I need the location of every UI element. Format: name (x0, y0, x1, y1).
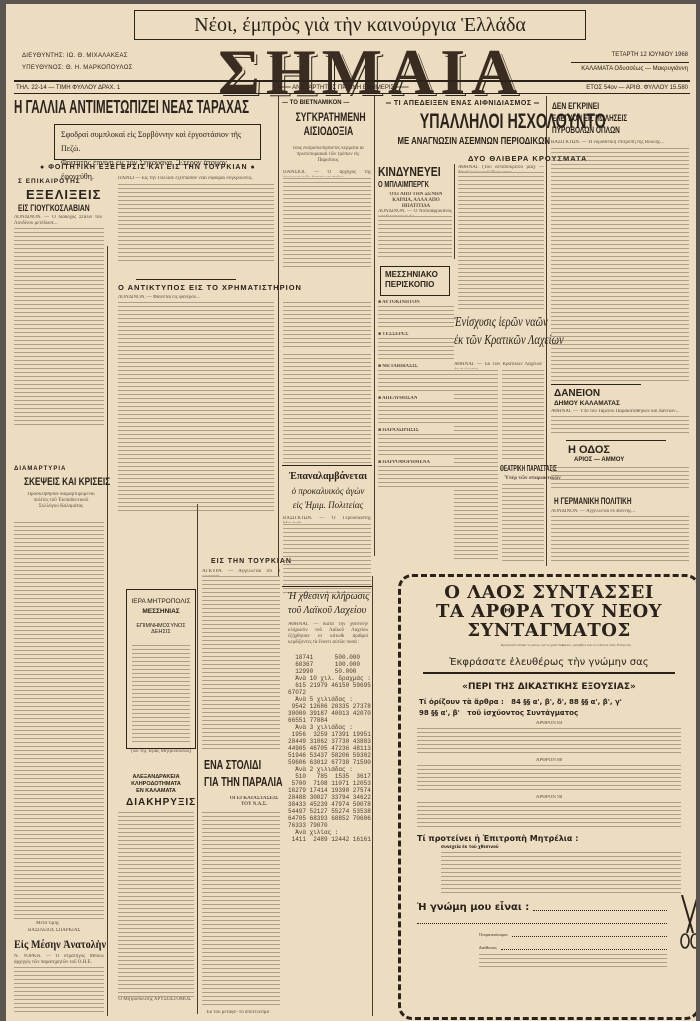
name-field[interactable]: Ὀνοματεπώνυμον (479, 932, 667, 937)
blaiberg-headline: ΚΙΝΔΥΝΕΥΕΙ (378, 164, 456, 179)
constitution-article-heading: ΑΡΘΡΟΝ 88 (401, 758, 696, 764)
periscope-items: ■ ΑΥΤΟΚΙΝΗΤΟΝ■ ΤΕΣΣΕΡΕΣ■ ΜΕΤΑΒΙΒΑΣΙΣ■ ΑΠ… (378, 300, 454, 492)
opinion-field-line[interactable] (417, 923, 667, 924)
coupon-topic: «ΠΕΡΙ ΤΗΣ ΔΙΚΑΣΤΙΚΗΣ ΕΞΟΥΣΙΑΣ» (401, 682, 696, 692)
periscope-item: ■ ΠΑΡΡΟΦΟΡΗΜΕΝΑ (378, 460, 454, 488)
loan-subhead: ΔΗΜΟΥ ΚΑΛΑΜΑΤΑΣ (554, 400, 620, 407)
vietnam-kicker: — ΤΟ ΒΙΕΤΝΑΜΙΚΟΝ — (282, 100, 349, 106)
periscope-item: ■ ΑΠΕΛΥΘΗΣΑΝ (378, 396, 454, 424)
turkey-headline: ΕΙΣ ΤΗΝ ΤΟΥΡΚΙΑΝ (211, 558, 292, 565)
newspaper-title: ΣΗΜΑΙΑ (218, 40, 488, 104)
periscope-item: ■ ΜΕΤΑΒΙΒΑΣΙΣ (378, 364, 454, 392)
churches-headline: Ἐνίσχυσις ἱερῶν ναῶν ἐκ τῶν Κρατικῶν Λαχ… (454, 314, 546, 350)
masthead-rule (14, 80, 690, 82)
reflections-signature: ΒΑΣΙΛΕΙΟΣ ΣΠΑΡΚΙΑΣ (28, 928, 80, 934)
constitution-article-heading: ΑΡΘΡΟΝ 84 (401, 721, 696, 727)
yugoslavia-headline: ΕΞΕΛΙΞΕΙΣ (26, 187, 101, 202)
opinion-field[interactable]: Ἡ γνώμη μου εἶναι : (417, 902, 667, 913)
lottery-headline: Ἡ χθεσινὴ κλήρωσις τοῦ Λαϊκοῦ Λαχείου (288, 590, 372, 618)
stock-headline: Ο ΑΝΤΙΚΤΥΠΟΣ ΕΙΣ ΤΟ ΧΡΗΜΑΤΙΣΤΗΡΙΟΝ (118, 283, 302, 292)
contest-headline: Ἐπαναλαμβάνεται ὁ προκαλυικὸς ἀγὼν εἰς Ἡ… (282, 470, 374, 512)
periscope-item: ■ ΤΕΣΣΕΡΕΣ (378, 332, 454, 360)
road-subhead: ΑΡΙΟΣ — ΑΜΜΟΥ (574, 457, 624, 463)
scissors-icon (679, 895, 696, 951)
alexandrakeia-headline: ΔΙΑΚΗΡΥΞΙΣ (126, 797, 196, 808)
periscope-box: ΜΕΣΣΗΝΙΑΚΟ ΠΕΡΙΣΚΟΠΙΟ (380, 266, 450, 296)
metropolis-notice: ΙΕΡΑ ΜΗΤΡΟΠΟΛΙΣ ΜΕΣΣΗΝΙΑΣ ΕΠΙΜΝΗΜΟΣΥΝΟΣ … (126, 589, 196, 749)
constitution-coupon: Ο ΛΑΟΣ ΣΥΝΤΑΣΣΕΙ ΤΑ ΑΡΘΡΑ ΤΟΥ ΝΕΟΥ ΣΥΝΤΑ… (398, 574, 696, 1020)
reflections-kicker: ΔΙΑΜΑΡΤΥΡΙΑ (14, 466, 66, 472)
employees-headline: ΥΠΑΛΛΗΛΟΙ ΗΣΧΟΛΟΥΝΤΟ (376, 110, 546, 134)
phone-price: ΤΗΛ. 22-14 — ΤΙΜΗ ΦΥΛΛΟΥ ΔΡΑΧ. 1 (16, 85, 120, 91)
tagline: ═══ ΑΝΕΞΑΡΤΗΤΟΣ ΠΡΩΙΝΗ ΕΦΗΜΕΡΙΣ ═══ (278, 85, 409, 91)
france-deck-box: Σφοδραὶ συμπλοκαὶ εἰς Σορβόννην καὶ ἐργο… (54, 124, 261, 160)
director-line: ΔΙΕΥΘΥΝΤΗΣ: ΙΩ. Θ. ΜΙΧΑΛΑΚΕΑΣ (22, 53, 128, 59)
yugoslavia-kicker: Σ ΕΠΙΚΑΙΡΟΤΗΣ (18, 178, 81, 185)
vietnam-headline: ΣΥΓΚΡΑΤΗΜΕΝΗ ΑΙΣΙΟΔΟΞΙΑ (282, 110, 374, 138)
committee-heading: Τί προτείνει ἡ Ἐπιτροπὴ Μητρέλια : (417, 834, 696, 843)
yugoslavia-subhead: ΕΙΣ ΓΙΟΥΓΚΟΣΛΑΒΙΑΝ (18, 203, 113, 213)
loan-headline: ΔΑΝΕΙΟΝ (554, 388, 600, 399)
constitution-articles: ΑΡΘΡΟΝ 84ΑΡΘΡΟΝ 88ΑΡΘΡΟΝ 98 (401, 721, 696, 828)
alexandrakeia-kicker: ΑΛΕΞΑΝΔΡΑΚΕΙΑ ΚΛΗΡΟΔΟΤΗΜΑΤΑ ΕΝ ΚΑΛΑΜΑΤΑ (116, 774, 196, 795)
lottery-results: 18741 500.000 60367 100.000 12990 50.000… (288, 654, 372, 843)
france-subhead: ● ΦΟΙΤΗΤΙΚΗ ΕΞΕΓΕΡΣΙΣ ΚΑΙ ΕΙΣ ΤΗΝ ΤΟΥΡΚΙ… (40, 164, 256, 171)
employees-kicker: ═ ΤΙ ΑΠΕΔΕΙΞΕΝ ΕΝΑΣ ΑΙΦΝΙΔΙΑΣΜΟΣ ═ (386, 100, 539, 107)
newspaper-page: Νέοι, έμπρὸς γιὰ τὴν καινούργια Ἑλλάδα Δ… (6, 4, 696, 1021)
road-headline: Η ΟΔΟΣ (568, 444, 610, 456)
guns-headline: ΔΕΝ ΕΓΚΡΙΝΕΙ ΕΛΕΓΧΟΝ ΕΙΣ ΠΩΛΗΣΕΙΣ ΠΥΡΟΒΟ… (552, 100, 659, 136)
responsible-line: ΥΠΕΥΘΥΝΟΣ: Θ. Η. ΜΑΡΚΟΠΟΥΛΟΣ (22, 65, 133, 71)
periscope-item: ■ ΠΑΡΑΧΩΡΗΣΙΣ (378, 428, 454, 456)
coupon-headline: Ο ΛΑΟΣ ΣΥΝΤΑΣΣΕΙ ΤΑ ΑΡΘΡΑ ΤΟΥ ΝΕΟΥ ΣΥΝΤΑ… (401, 583, 696, 640)
periscope-item: ■ ΑΥΤΟΚΙΝΗΤΟΝ (378, 300, 454, 328)
germany-headline: Η ΓΕΡΜΑΝΙΚΗ ΠΟΛΙΤΙΚΗ (554, 496, 662, 506)
coupon-call: Ἐκφράσατε ἐλευθέρως τὴν γνώμην σας (401, 657, 696, 668)
employees-subhead: ΜΕ ΑΝΑΓΝΩΣΙΝ ΑΣΕΜΝΩΝ ΠΕΡΙΟΔΙΚΩΝ (376, 136, 546, 147)
constitution-article-heading: ΑΡΘΡΟΝ 98 (401, 795, 696, 801)
issue-number: ΕΤΟΣ 54ον — ΑΡΙΘ. ΦΥΛΛΟΥ 15.580 (586, 85, 688, 91)
date-line: ΤΕΤΑΡΤΗ 12 ΙΟΥΝΙΟΥ 1968 (612, 52, 688, 58)
blaiberg-subhead: Ο ΜΠΛΑΙΜΠΕΡΓΚ (378, 180, 446, 189)
location-line: ΚΑΛΑΜΑΤΑ Οδυσσέως — Μακρυγιάννη (581, 66, 688, 72)
middle-east-headline: Εἰς Μέσην Ἀνατολὴν (14, 937, 122, 952)
address-field[interactable]: Διεύθυνσις (479, 945, 667, 950)
